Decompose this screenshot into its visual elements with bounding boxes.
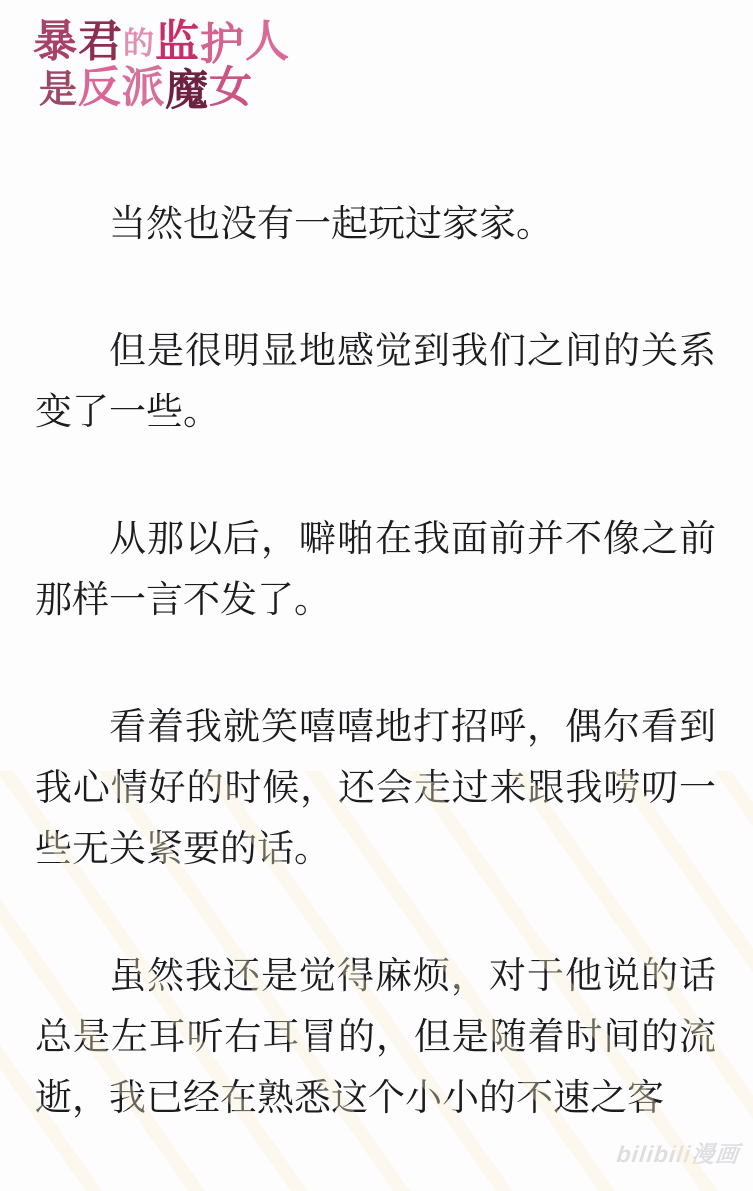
logo-char: 护 [200,23,239,67]
paragraph-3: 从那以后，噼啪在我面前并不像之前那样一言不发了。 [35,508,716,630]
logo-line-2: 是 反 派 魔 女 [33,67,284,110]
logo-char: 暴 [33,20,72,64]
logo-char: 君 [78,20,117,64]
logo-char: 魔 [165,70,203,113]
logo-line-1: 暴 君 的 监 护 人 [33,20,284,64]
bilibili-watermark: bilibili漫画 [615,1136,741,1169]
logo-char: 的 [123,28,149,59]
paragraph-1: 当然也没有一起玩过家家。 [35,193,716,254]
logo-char: 反 [78,67,116,110]
reader-page: 暴 君 的 监 护 人 是 反 派 魔 女 当然也没有一起玩过家家。 但是很明显… [0,0,753,1191]
logo-char: 派 [122,67,160,110]
logo-char: 监 [155,20,194,64]
paragraph-2: 但是很明显地感觉到我们之间的关系变了一些。 [35,320,716,442]
logo-char: 是 [39,71,72,109]
novel-text-body: 当然也没有一起玩过家家。 但是很明显地感觉到我们之间的关系变了一些。 从那以后，… [35,193,716,1128]
logo-char: 人 [245,20,284,64]
paragraph-4: 看着我就笑嘻嘻地打招呼，偶尔看到我心情好的时候，还会走过来跟我唠叨一些无关紧要的… [35,696,716,879]
series-title-logo: 暴 君 的 监 护 人 是 反 派 魔 女 [33,20,284,110]
logo-char: 女 [209,67,247,110]
paragraph-5: 虽然我还是觉得麻烦，对于他说的话总是左耳听右耳冒的，但是随着时间的流逝，我已经在… [35,945,716,1128]
